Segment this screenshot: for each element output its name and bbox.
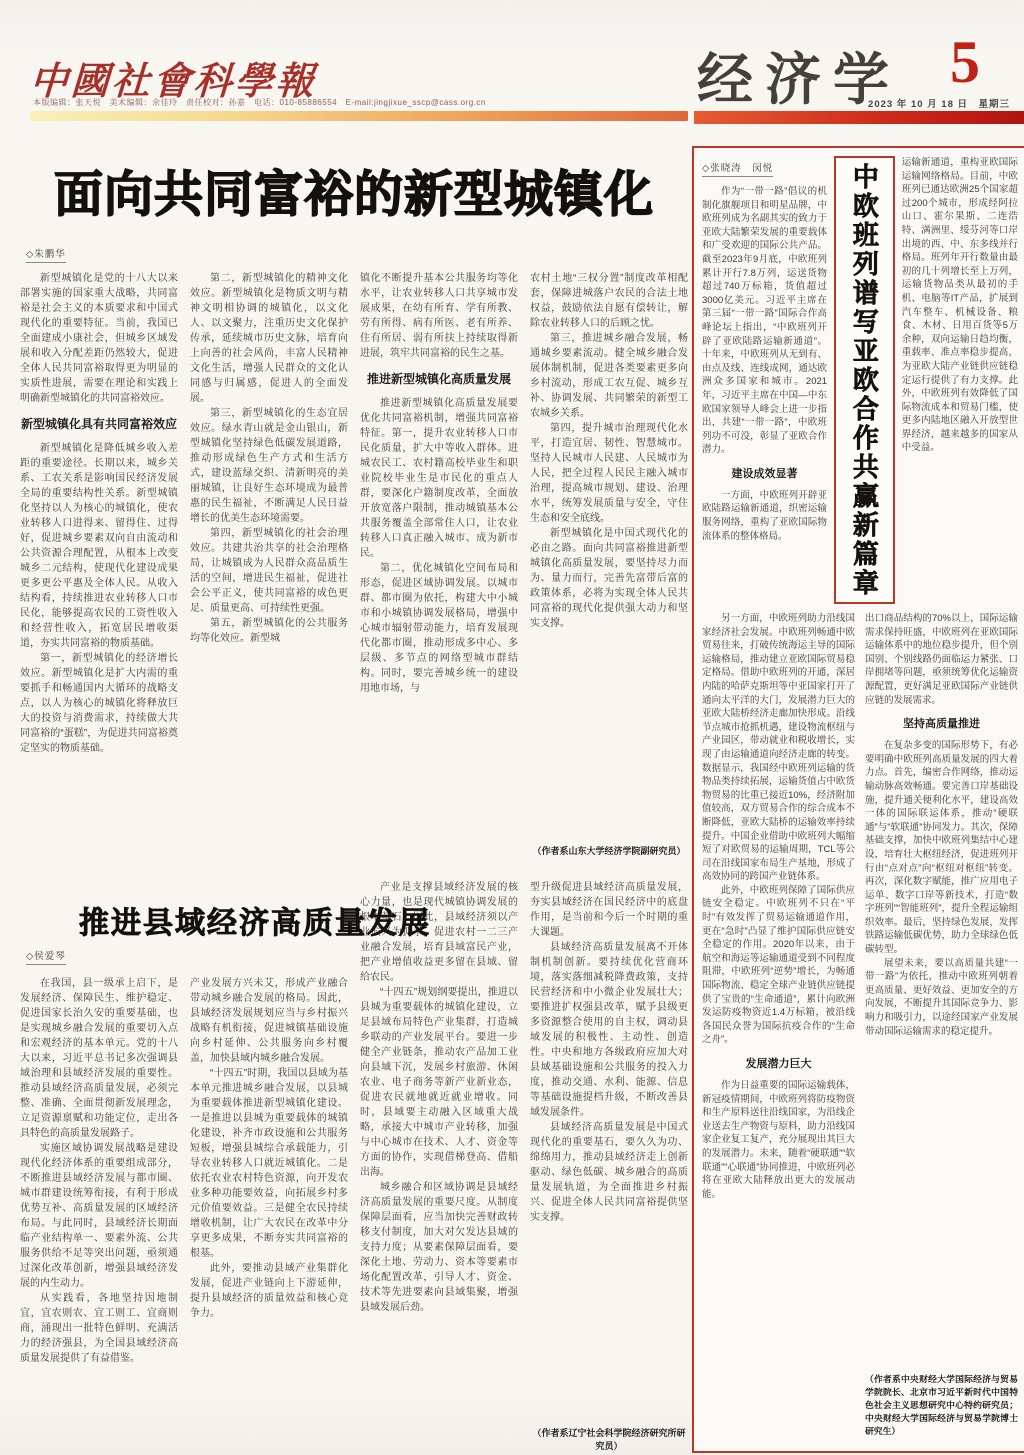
body-paragraph: 新型城镇化是降低城乡收入差距的重要途径。长期以来，城乡关系、工农关系是影响国民经… — [20, 441, 178, 651]
rail-article-bottom-column-left: 另一方面，中欧班列助力沿线国家经济社会发展。中欧班列畅通中欧贸易往来，打破传统海… — [702, 612, 855, 1437]
rail-article-byline: ◇张晓涛 闵悦 — [702, 160, 773, 177]
body-paragraph: 在我国，县一级承上启下，是发展经济、保障民生、维护稳定、促进国家长治久安的重要基… — [20, 976, 178, 1141]
author-attribution: （作者系山东大学经济学院副研究员） — [530, 838, 688, 857]
main-article-columns: 新型城镇化是党的十八大以来部署实施的国家重大战略，共同富裕是社会主义的本质要求和… — [20, 271, 688, 857]
body-paragraph: 镇化不断提升基本公共服务均等化水平，让农业转移人口共享城市发展成果，在幼有所育、… — [360, 271, 518, 361]
body-paragraph: 从实践看，各地坚持因地制宜，宜农则农、宜工则工、宜商则商，涌现出一批特色鲜明、充… — [20, 1291, 178, 1366]
main-article-headline: 面向共同富裕的新型城镇化 — [20, 156, 688, 226]
main-article: 面向共同富裕的新型城镇化 ◇朱鹏华 新型城镇化是党的十八大以来部署实施的国家重大… — [20, 146, 688, 857]
county-article-column-3: 产业是支撑县域经济发展的核心力量，也是现代城镇协调发展的根本基石。因此，县域经济… — [360, 880, 518, 1452]
body-paragraph: 第三，推进城乡融合发展，畅通城乡要素流动。健全城乡融合发展体制机制，促进各类要素… — [530, 331, 688, 421]
body-paragraph: 产业发展方兴未艾，形成产业融合带动城乡融合发展的格局。因此，县域经济发展规划应当… — [190, 976, 348, 1066]
body-paragraph: 新型城镇化是中国式现代化的必由之路。面向共同富裕推进新型城镇化高质量发展，要坚持… — [530, 526, 688, 631]
section-subhead: 建设成效显著 — [702, 465, 827, 481]
rail-article-vertical-title: 中欧班列谱写亚欧合作共赢新篇章 — [851, 163, 877, 598]
body-paragraph: 展望未来，要以高质量共建“一带一路”为依托，推动中欧班列朝着更高质量、更好效益、… — [865, 957, 1018, 1039]
body-paragraph: 第二，优化城镇化空间布局和形态，促进区域协调发展。以城市群、都市圈为依托，构建大… — [360, 561, 518, 696]
body-paragraph: 另一方面，中欧班列助力沿线国家经济社会发展。中欧班列畅通中欧贸易往来，打破传统海… — [702, 612, 855, 884]
author-attribution: （作者系辽宁社会科学院经济研究所研究员） — [530, 1420, 688, 1452]
county-article-column-2: 产业发展方兴未艾，形成产业融合带动城乡融合发展的格局。因此，县域经济发展规划应当… — [190, 880, 348, 1452]
body-paragraph: 出口商品结构的70%以上，国际运输需求保持旺盛，中欧班列在亚欧国际运输体系中的地… — [865, 612, 1018, 707]
body-paragraph: 型升级促进县域经济高质量发展，夯实县域经济在国民经济中的底盘作用，是当前和今后一… — [530, 880, 688, 940]
header-gradient-bar-right — [694, 111, 1024, 124]
county-article-columns: 在我国，县一级承上启下，是发展经济、保障民生、维护稳定、促进国家长治久安的重要基… — [20, 880, 688, 1452]
main-article-column-3: 镇化不断提升基本公共服务均等化水平，让农业转移人口共享城市发展成果，在幼有所育、… — [360, 271, 518, 857]
body-paragraph: 此外，中欧班列保障了国际供应链安全稳定。中欧班列不只在“平时”有效发挥了贸易运输… — [702, 884, 855, 1047]
body-paragraph: “十四五”时期，我国以县域为基本单元推进城乡融合发展，以县城为重要载体推进新型城… — [190, 1066, 348, 1261]
county-article-column-1: 在我国，县一级承上启下，是发展经济、保障民生、维护稳定、促进国家长治久安的重要基… — [20, 880, 178, 1452]
county-article-byline: ◇侯爱琴 — [26, 948, 66, 965]
body-paragraph: “十四五”规划纲要提出，推进以县城为重要载体的城镇化建设，立足县域布局特色产业集… — [360, 985, 518, 1180]
main-article-column-2: 第二，新型城镇化的精神文化效应。新型城镇化是物质文明与精神文明相协调的城镇化，以… — [190, 271, 348, 857]
rail-article-top-section: ◇张晓涛 闵悦 作为“一带一路”倡议的机制化旗舰项目和明星品牌，中欧班列成为名副… — [702, 156, 1018, 604]
body-paragraph: 运输新通道，重构亚欧国际运输网络格局。目前，中欧班列已通达欧洲25个国家超过20… — [902, 156, 1018, 455]
body-paragraph: 第四，提升城市治理现代化水平，打造宜居、韧性、智慧城市。坚持人民城市人民建、人民… — [530, 421, 688, 526]
header-gradient-bar-left — [30, 111, 688, 121]
body-paragraph: 县域经济高质量发展离不开体制机制创新。要持续优化营商环境，落实落细减税降费政策，… — [530, 940, 688, 1120]
body-paragraph: 城乡融合和区域协调是县域经济高质量发展的重要尺度。从制度保障层面看，应当加快完善… — [360, 1180, 518, 1315]
date-line: 2023 年 10 月 18 日 星期三 — [700, 96, 1010, 110]
county-article-headline: 推进县域经济高质量发展 — [20, 898, 490, 942]
rail-article: ◇张晓涛 闵悦 作为“一带一路”倡议的机制化旗舰项目和明星品牌，中欧班列成为名副… — [692, 146, 1024, 1453]
body-paragraph: 推进新型城镇化高质量发展要优化共同富裕机制，增强共同富裕特征。第一，提升农业转移… — [360, 396, 518, 561]
body-paragraph: 此外，要推动县域产业集群化发展，促进产业链向上下游延伸，提升县域经济的质量效益和… — [190, 1261, 348, 1321]
rail-article-top-left-text: 作为“一带一路”倡议的机制化旗舰项目和明星品牌，中欧班列成为名副其实的致力于亚欧… — [702, 185, 827, 604]
body-paragraph: 实施区域协调发展战略是建设现代化经济体系的重要组成部分，不断推进县域经济发展与都… — [20, 1141, 178, 1291]
editor-info-line: 本版编辑：张天悦 美术编辑：余佳玲 责任校对：孙嘉 电话：010-8588655… — [33, 97, 486, 108]
main-article-byline: ◇朱鹏华 — [26, 246, 66, 263]
section-subhead: 坚持高质量推进 — [865, 715, 1018, 731]
body-paragraph: 县域经济高质量发展是中国式现代化的重要基石，要久久为功、绵绵用力，推动县域经济走… — [530, 1120, 688, 1225]
rail-article-top-column-left: ◇张晓涛 闵悦 作为“一带一路”倡议的机制化旗舰项目和明星品牌，中欧班列成为名副… — [702, 156, 827, 604]
body-paragraph: 新型城镇化是党的十八大以来部署实施的国家重大战略，共同富裕是社会主义的本质要求和… — [20, 271, 178, 406]
body-paragraph: 第三，新型城镇化的生态宜居效应。绿水青山就是金山银山，新型城镇化坚持绿色低碳发展… — [190, 406, 348, 526]
rail-article-bottom-section: 另一方面，中欧班列助力沿线国家经济社会发展。中欧班列畅通中欧贸易往来，打破传统海… — [702, 612, 1018, 1437]
main-article-column-4: 农村土地“三权分置”制度改革相配套，保障进城落户农民的合法土地权益，鼓励依法自愿… — [530, 271, 688, 857]
section-subhead: 推进新型城镇化高质量发展 — [360, 370, 518, 387]
author-attribution: （作者系中央财经大学国际经济与贸易学院院长、北京市习近平新时代中国特色社会主义思… — [865, 1366, 1018, 1437]
county-article-column-4: 型升级促进县域经济高质量发展，夯实县域经济在国民经济中的底盘作用，是当前和今后一… — [530, 880, 688, 1452]
main-article-byline-row: ◇朱鹏华 — [26, 244, 688, 263]
section-subhead: 新型城镇化具有共同富裕效应 — [20, 415, 178, 432]
body-paragraph: 在复杂多变的国际形势下，有必要明确中欧班列高质量发展的四大着力点。首先，编密合作… — [865, 739, 1018, 957]
county-article: 在我国，县一级承上启下，是发展经济、保障民生、维护稳定、促进国家长治久安的重要基… — [20, 880, 688, 1455]
body-paragraph: 第五，新型城镇化的公共服务均等化效应。新型城 — [190, 616, 348, 646]
rail-article-title-box: 中欧班列谱写亚欧合作共赢新篇章 — [834, 156, 895, 604]
rail-article-top-column-right: 运输新通道，重构亚欧国际运输网络格局。目前，中欧班列已通达欧洲25个国家超过20… — [902, 156, 1018, 604]
body-paragraph: 第二，新型城镇化的精神文化效应。新型城镇化是物质文明与精神文明相协调的城镇化，以… — [190, 271, 348, 406]
page-number: 5 — [950, 28, 980, 97]
main-article-column-1: 新型城镇化是党的十八大以来部署实施的国家重大战略，共同富裕是社会主义的本质要求和… — [20, 271, 178, 857]
body-paragraph: 第一，新型城镇化的经济增长效应。新型城镇化是扩大内需的重要抓手和畅通国内大循环的… — [20, 651, 178, 756]
section-subhead: 发展潜力巨大 — [702, 1055, 855, 1071]
body-paragraph: 作为“一带一路”倡议的机制化旗舰项目和明星品牌，中欧班列成为名副其实的致力于亚欧… — [702, 185, 827, 457]
body-paragraph: 第四，新型城镇化的社会治理效应。共建共治共享的社会治理格局，让城镇成为人民群众高… — [190, 526, 348, 616]
body-paragraph: 作为日益重要的国际运输载体，新冠疫情期间，中欧班列将防疫物资和生产原料送往沿线国… — [702, 1079, 855, 1201]
county-article-byline-row: ◇侯爱琴 — [26, 946, 66, 965]
rail-article-bottom-column-right: 出口商品结构的70%以上，国际运输需求保持旺盛，中欧班列在亚欧国际运输体系中的地… — [865, 612, 1018, 1437]
rail-article-byline-row: ◇张晓涛 闵悦 — [702, 158, 827, 177]
newspaper-page: 中國社會科學報 本版编辑：张天悦 美术编辑：余佳玲 责任校对：孙嘉 电话：010… — [0, 0, 1024, 1455]
body-paragraph: 农村土地“三权分置”制度改革相配套，保障进城落户农民的合法土地权益，鼓励依法自愿… — [530, 271, 688, 331]
body-paragraph: 一方面，中欧班列开辟亚欧陆路运输新通道，织密运输服务网络，重构了亚欧国际物流体系… — [702, 489, 827, 543]
